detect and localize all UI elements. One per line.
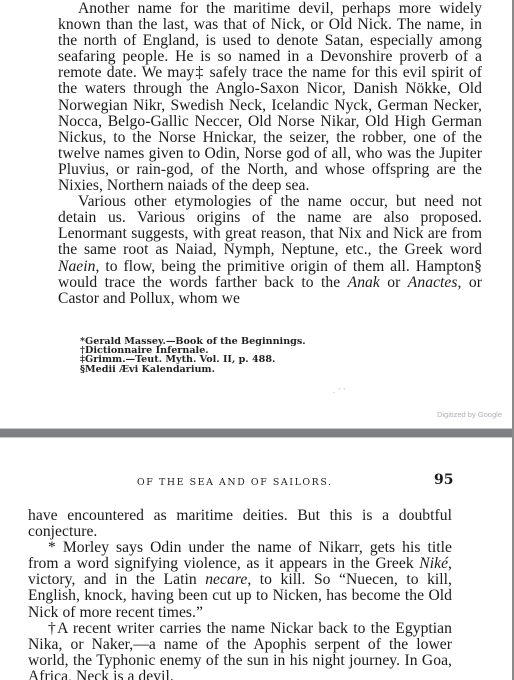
page-divider <box>0 428 514 438</box>
text-segment: Various other etymologies of the name oc… <box>58 193 482 258</box>
italic-term-nike: Niké <box>419 555 448 572</box>
paragraph-nickar-note: †A recent writer carries the name Nickar… <box>28 621 452 680</box>
text-segment: or <box>380 274 408 291</box>
italic-term-anactes: Anactes <box>408 274 458 291</box>
paragraph-etymologies: Various other etymologies of the name oc… <box>58 194 482 307</box>
paragraph-morley-note: * Morley says Odin under the name of Nik… <box>28 540 452 620</box>
text-segment: †A recent writer carries the name Nickar… <box>28 620 452 680</box>
paragraph-conjecture: have encountered as maritime deities. Bu… <box>28 508 452 540</box>
top-page: Another name for the maritime devil, per… <box>0 0 512 428</box>
text-segment: * Morley says Odin under the name of Nik… <box>28 539 452 572</box>
paragraph-old-nick: Another name for the maritime devil, per… <box>58 1 482 194</box>
page-number: 95 <box>434 472 453 488</box>
running-head: OF THE SEA AND OF SAILORS. <box>137 477 333 488</box>
italic-term-naein: Naein <box>58 258 96 275</box>
footnotes: *Gerald Massey.—Book of the Beginnings. … <box>80 337 306 374</box>
text-segment: Another name for the maritime devil, per… <box>58 0 482 194</box>
footnote-kalendarium: §Medii Ævi Kalendarium. <box>80 365 306 374</box>
text-segment: have encountered as maritime deities. Bu… <box>28 507 452 540</box>
scan-artifact: . ' ' <box>333 387 346 395</box>
top-page-body: Another name for the maritime devil, per… <box>58 1 482 307</box>
digitized-watermark: Digitized by Google <box>437 410 502 419</box>
italic-term-anak: Anak <box>348 274 380 291</box>
bottom-page-body: have encountered as maritime deities. Bu… <box>28 508 452 680</box>
italic-term-necare: necare <box>205 571 247 588</box>
